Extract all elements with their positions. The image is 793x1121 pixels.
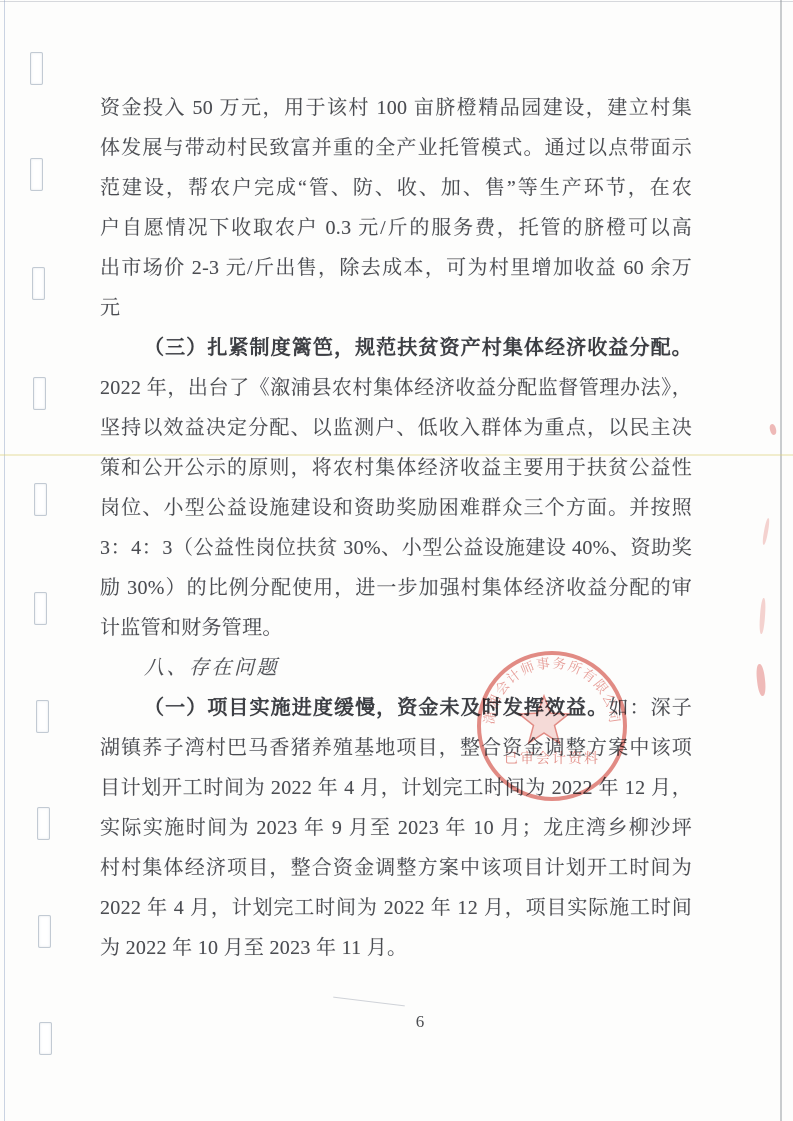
text-line: 目计划开工时间为 2022 年 4 月，计划完工时间为 2022 年 12 月， xyxy=(100,768,692,808)
text-segment: 励 30%）的比例分配使用，进一步加强村集体经济收益分配的审 xyxy=(100,577,692,599)
text-line: 八、存在问题 xyxy=(100,648,692,688)
text-line: 坚持以效益决定分配、以监测户、低收入群体为重点，以民主决 xyxy=(100,408,692,448)
text-line: 户自愿情况下收取农户 0.3 元/斤的服务费，托管的脐橙可以高 xyxy=(100,208,692,248)
text-line: （一）项目实施进度缓慢，资金未及时发挥效益。如：深子 xyxy=(100,688,692,728)
text-line: 岗位、小型公益设施建设和资助奖励困难群众三个方面。并按照 xyxy=(100,488,692,528)
binding-hole xyxy=(30,52,43,85)
text-segment: 为 2022 年 10 月至 2023 年 11 月。 xyxy=(100,937,407,959)
binding-hole xyxy=(36,700,49,733)
text-segment: 2022 年，出台了《溆浦县农村集体经济收益分配监督管理办法》， xyxy=(100,377,692,399)
text-segment: 资金投入 50 万元，用于该村 100 亩脐橙精品园建设，建立村集 xyxy=(100,97,692,119)
scanned-document-page: 资金投入 50 万元，用于该村 100 亩脐橙精品园建设，建立村集 体发展与带动… xyxy=(0,0,793,1121)
text-segment: 实际实施时间为 2023 年 9 月至 2023 年 10 月；龙庄湾乡柳沙坪 xyxy=(100,817,692,839)
text-segment: 策和公开公示的原则，将农村集体经济收益主要用于扶贫公益性 xyxy=(100,457,692,479)
binding-hole xyxy=(32,267,45,300)
text-line: 计监管和财务管理。 xyxy=(100,608,692,648)
text-segment: 村村集体经济项目，整合资金调整方案中该项目计划开工时间为 xyxy=(100,857,692,879)
text-segment: 湖镇荞子湾村巴马香猪养殖基地项目，整合资金调整方案中该项 xyxy=(100,737,692,759)
text-line: （三）扎紧制度篱笆，规范扶贫资产村集体经济收益分配。 xyxy=(100,328,692,368)
text-line: 3：4：3（公益性岗位扶贫 30%、小型公益设施建设 40%、资助奖 xyxy=(100,528,692,568)
text-segment: 出市场价 2-3 元/斤出售，除去成本，可为村里增加收益 60 余万 xyxy=(100,257,692,279)
text-line: 湖镇荞子湾村巴马香猪养殖基地项目，整合资金调整方案中该项 xyxy=(100,728,692,768)
text-segment: 元 xyxy=(100,297,120,319)
text-segment: 目计划开工时间为 2022 年 4 月，计划完工时间为 2022 年 12 月， xyxy=(100,777,692,799)
text-line: 2022 年，出台了《溆浦县农村集体经济收益分配监督管理办法》， xyxy=(100,368,692,408)
binding-hole xyxy=(39,1022,52,1055)
document-body: 资金投入 50 万元，用于该村 100 亩脐橙精品园建设，建立村集 体发展与带动… xyxy=(100,88,692,968)
binding-hole xyxy=(34,483,47,516)
text-segment: 八、存在问题 xyxy=(144,657,279,679)
text-segment: 2022 年 4 月，计划完工时间为 2022 年 12 月，项目实际施工时间 xyxy=(100,897,692,919)
text-line: 出市场价 2-3 元/斤出售，除去成本，可为村里增加收益 60 余万 xyxy=(100,248,692,288)
ink-bleed-mark xyxy=(759,598,766,634)
text-segment: 户自愿情况下收取农户 0.3 元/斤的服务费，托管的脐橙可以高 xyxy=(100,217,692,239)
scan-artifact-top-edge xyxy=(0,1,793,2)
text-segment: 体发展与带动村民致富并重的全产业托管模式。通过以点带面示 xyxy=(100,137,692,159)
text-segment: 计监管和财务管理。 xyxy=(100,617,283,639)
binding-hole xyxy=(33,377,46,410)
scan-artifact-right-edge xyxy=(780,0,782,1121)
page-number: 6 xyxy=(380,1012,460,1032)
text-line: 策和公开公示的原则，将农村集体经济收益主要用于扶贫公益性 xyxy=(100,448,692,488)
binding-hole xyxy=(37,807,50,840)
binding-hole xyxy=(30,158,43,191)
text-line: 资金投入 50 万元，用于该村 100 亩脐橙精品园建设，建立村集 xyxy=(100,88,692,128)
text-line: 实际实施时间为 2023 年 9 月至 2023 年 10 月；龙庄湾乡柳沙坪 xyxy=(100,808,692,848)
scan-artifact-diagonal-line xyxy=(333,997,405,1007)
text-segment: （一）项目实施进度缓慢，资金未及时发挥效益。 xyxy=(144,697,608,719)
binding-hole xyxy=(34,592,47,625)
text-segment: 范建设，帮农户完成“管、防、收、加、售”等生产环节，在农 xyxy=(100,177,692,199)
text-line: 体发展与带动村民致富并重的全产业托管模式。通过以点带面示 xyxy=(100,128,692,168)
ink-bleed-mark xyxy=(769,423,777,435)
text-line: 励 30%）的比例分配使用，进一步加强村集体经济收益分配的审 xyxy=(100,568,692,608)
text-line: 元 xyxy=(100,288,692,328)
text-line: 村村集体经济项目，整合资金调整方案中该项目计划开工时间为 xyxy=(100,848,692,888)
text-segment: 坚持以效益决定分配、以监测户、低收入群体为重点，以民主决 xyxy=(100,417,692,439)
scan-artifact-left-line xyxy=(4,0,5,1121)
text-line: 为 2022 年 10 月至 2023 年 11 月。 xyxy=(100,928,692,968)
text-segment: 3：4：3（公益性岗位扶贫 30%、小型公益设施建设 40%、资助奖 xyxy=(100,537,692,559)
ink-bleed-mark xyxy=(762,518,771,545)
text-segment: 如：深子 xyxy=(608,697,692,719)
text-line: 2022 年 4 月，计划完工时间为 2022 年 12 月，项目实际施工时间 xyxy=(100,888,692,928)
text-line: 范建设，帮农户完成“管、防、收、加、售”等生产环节，在农 xyxy=(100,168,692,208)
ink-bleed-mark xyxy=(755,664,766,697)
text-segment: 岗位、小型公益设施建设和资助奖励困难群众三个方面。并按照 xyxy=(100,497,692,519)
binding-hole xyxy=(38,915,51,948)
text-segment: （三）扎紧制度篱笆，规范扶贫资产村集体经济收益分配。 xyxy=(144,337,692,359)
